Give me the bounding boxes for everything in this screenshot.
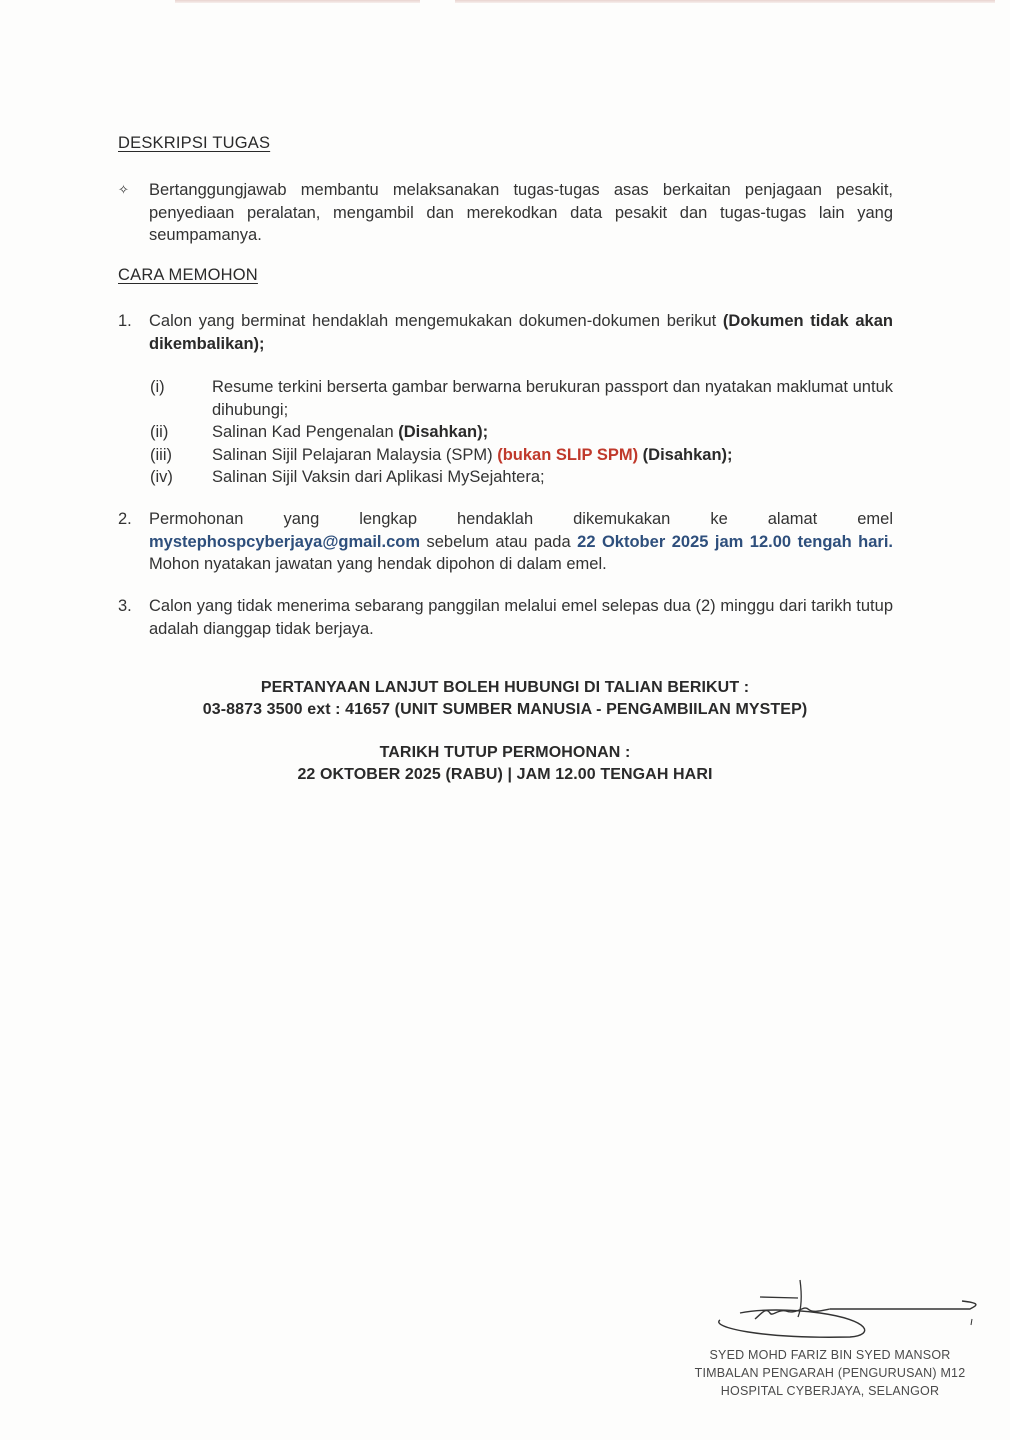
item-number: 3. [118,595,149,640]
item-number: 2. [118,508,149,576]
required-documents-list: (i) Resume terkini berserta gambar berwa… [150,376,893,489]
description-text: Bertanggungjawab membantu melaksanakan t… [149,179,893,247]
document-text: Salinan Sijil Vaksin dari Aplikasi MySej… [212,466,893,489]
apply-item-2: 2. Permohonan yang lengkap hendaklah dik… [118,508,893,576]
signatory-title: TIMBALAN PENGARAH (PENGURUSAN) M12 [660,1364,1000,1382]
roman-numeral: (i) [150,376,212,421]
top-edge-rule [175,0,420,3]
document-text: Salinan Sijil Pelajaran Malaysia (SPM) (… [212,444,893,467]
document-item: (i) Resume terkini berserta gambar berwa… [150,376,893,421]
roman-numeral: (iii) [150,444,212,467]
contact-info: PERTANYAAN LANJUT BOLEH HUBUNGI DI TALIA… [0,677,1010,721]
item-number: 1. [118,310,149,355]
signatory-name: SYED MOHD FARIZ BIN SYED MANSOR [660,1346,1000,1364]
closing-date-info: TARIKH TUTUP PERMOHONAN : 22 OKTOBER 202… [0,742,1010,786]
apply-item-3: 3. Calon yang tidak menerima sebarang pa… [118,595,893,640]
top-edge-rule [455,0,995,3]
how-to-apply-heading: CARA MEMOHON [118,266,258,285]
roman-numeral: (iv) [150,466,212,489]
description-heading: DESKRIPSI TUGAS [118,134,270,153]
description-bullet: ✧ Bertanggungjawab membantu melaksanakan… [118,179,893,247]
document-item: (iii) Salinan Sijil Pelajaran Malaysia (… [150,444,893,467]
closing-date-label: TARIKH TUTUP PERMOHONAN : [0,742,1010,764]
document-text: Salinan Kad Pengenalan (Disahkan); [212,421,893,444]
document-item: (ii) Salinan Kad Pengenalan (Disahkan); [150,421,893,444]
not-slip-note: (bukan SLIP SPM) [497,446,638,464]
closing-date-value: 22 OKTOBER 2025 (RABU) | JAM 12.00 TENGA… [0,764,1010,786]
document-text: Resume terkini berserta gambar berwarna … [212,376,893,421]
item-text: Calon yang berminat hendaklah mengemukak… [149,310,893,355]
deadline-text: 22 Oktober 2025 jam 12.00 tengah hari. [577,533,893,551]
signature-image [700,1275,990,1345]
contact-phone: 03-8873 3500 ext : 41657 (UNIT SUMBER MA… [0,699,1010,721]
application-email-link[interactable]: mystephospcyberjaya@gmail.com [149,533,420,551]
contact-line-1: PERTANYAAN LANJUT BOLEH HUBUNGI DI TALIA… [0,677,1010,699]
apply-item-1: 1. Calon yang berminat hendaklah mengemu… [118,310,893,355]
signatory-organization: HOSPITAL CYBERJAYA, SELANGOR [660,1382,1000,1400]
item-text: Calon yang tidak menerima sebarang pangg… [149,595,893,640]
roman-numeral: (ii) [150,421,212,444]
item-text: Permohonan yang lengkap hendaklah dikemu… [149,508,893,576]
document-item: (iv) Salinan Sijil Vaksin dari Aplikasi … [150,466,893,489]
four-diamond-bullet-icon: ✧ [118,179,149,247]
signatory-block: SYED MOHD FARIZ BIN SYED MANSOR TIMBALAN… [660,1346,1000,1400]
